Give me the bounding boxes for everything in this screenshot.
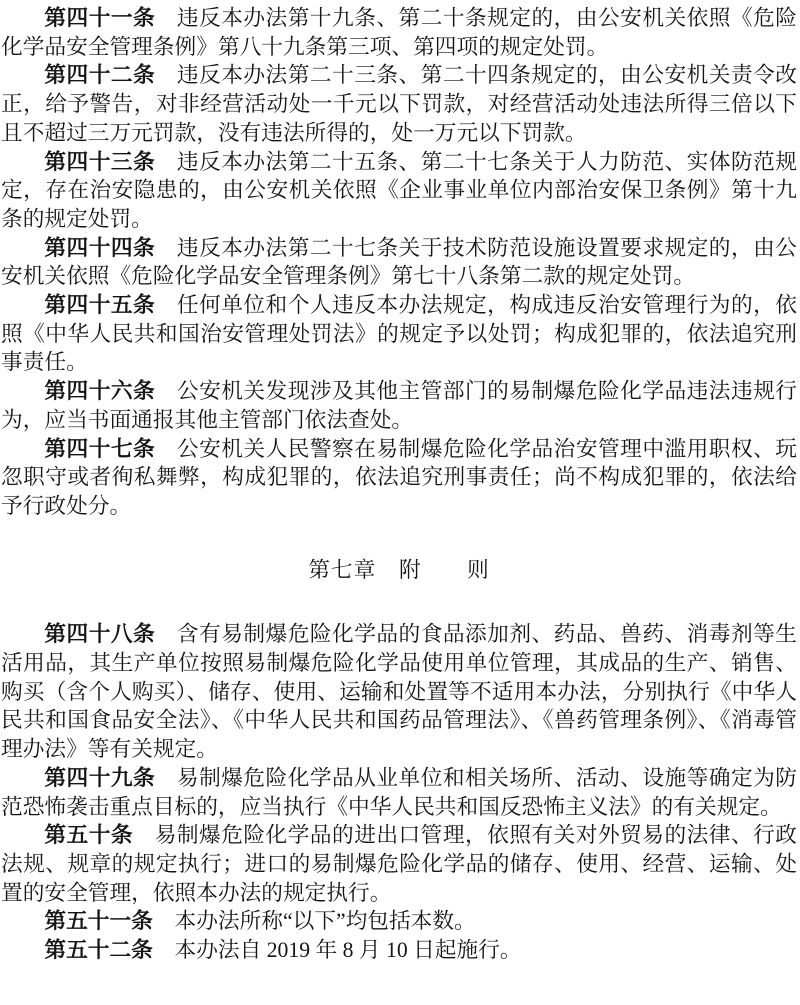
article-49-number: 第四十九条 [44, 765, 155, 790]
article-48: 第四十八条含有易制爆危险化学品的食品添加剂、药品、兽药、消毒剂等生活用品，其生产… [1, 620, 797, 764]
article-46-number: 第四十六条 [44, 378, 155, 403]
article-42: 第四十二条违反本办法第二十三条、第二十四条规定的，由公安机关责令改正，给予警告，… [1, 61, 797, 147]
article-43: 第四十三条违反本办法第二十五条、第二十七条关于人力防范、实体防范规定，存在治安隐… [1, 148, 797, 234]
article-45: 第四十五条任何单位和个人违反本办法规定，构成违反治安管理行为的，依照《中华人民共… [1, 291, 797, 377]
article-48-number: 第四十八条 [44, 621, 155, 646]
article-51-text: 本办法所称“以下”均包括本数。 [175, 909, 476, 933]
article-52-text: 本办法自 2019 年 8 月 10 日起施行。 [175, 938, 522, 962]
article-47: 第四十七条公安机关人民警察在易制爆危险化学品治安管理中滥用职权、玩忽职守或者徇私… [1, 435, 797, 521]
article-45-number: 第四十五条 [44, 292, 155, 317]
article-52-number: 第五十二条 [44, 937, 152, 962]
article-50: 第五十条易制爆危险化学品的进出口管理，依照有关对外贸易的法律、行政法规、规章的规… [1, 821, 797, 907]
article-51-number: 第五十一条 [44, 908, 152, 933]
article-47-number: 第四十七条 [44, 436, 155, 461]
document-page: 第四十一条违反本办法第十九条、第二十条规定的，由公安机关依照《危险化学品安全管理… [0, 0, 800, 1005]
article-41-number: 第四十一条 [44, 5, 155, 30]
article-43-number: 第四十三条 [44, 149, 155, 174]
article-51: 第五十一条本办法所称“以下”均包括本数。 [1, 907, 797, 936]
chapter-7-heading: 第七章 附 则 [1, 556, 797, 585]
article-46: 第四十六条公安机关发现涉及其他主管部门的易制爆危险化学品违法违规行为，应当书面通… [1, 377, 797, 434]
article-41: 第四十一条违反本办法第十九条、第二十条规定的，由公安机关依照《危险化学品安全管理… [1, 4, 797, 61]
article-44-number: 第四十四条 [44, 235, 155, 260]
article-49: 第四十九条易制爆危险化学品从业单位和相关场所、活动、设施等确定为防范恐怖袭击重点… [1, 764, 797, 821]
article-42-number: 第四十二条 [44, 62, 155, 87]
article-52: 第五十二条本办法自 2019 年 8 月 10 日起施行。 [1, 936, 797, 965]
article-44: 第四十四条违反本办法第二十七条关于技术防范设施设置要求规定的，由公安机关依照《危… [1, 234, 797, 291]
article-50-number: 第五十条 [44, 822, 133, 847]
